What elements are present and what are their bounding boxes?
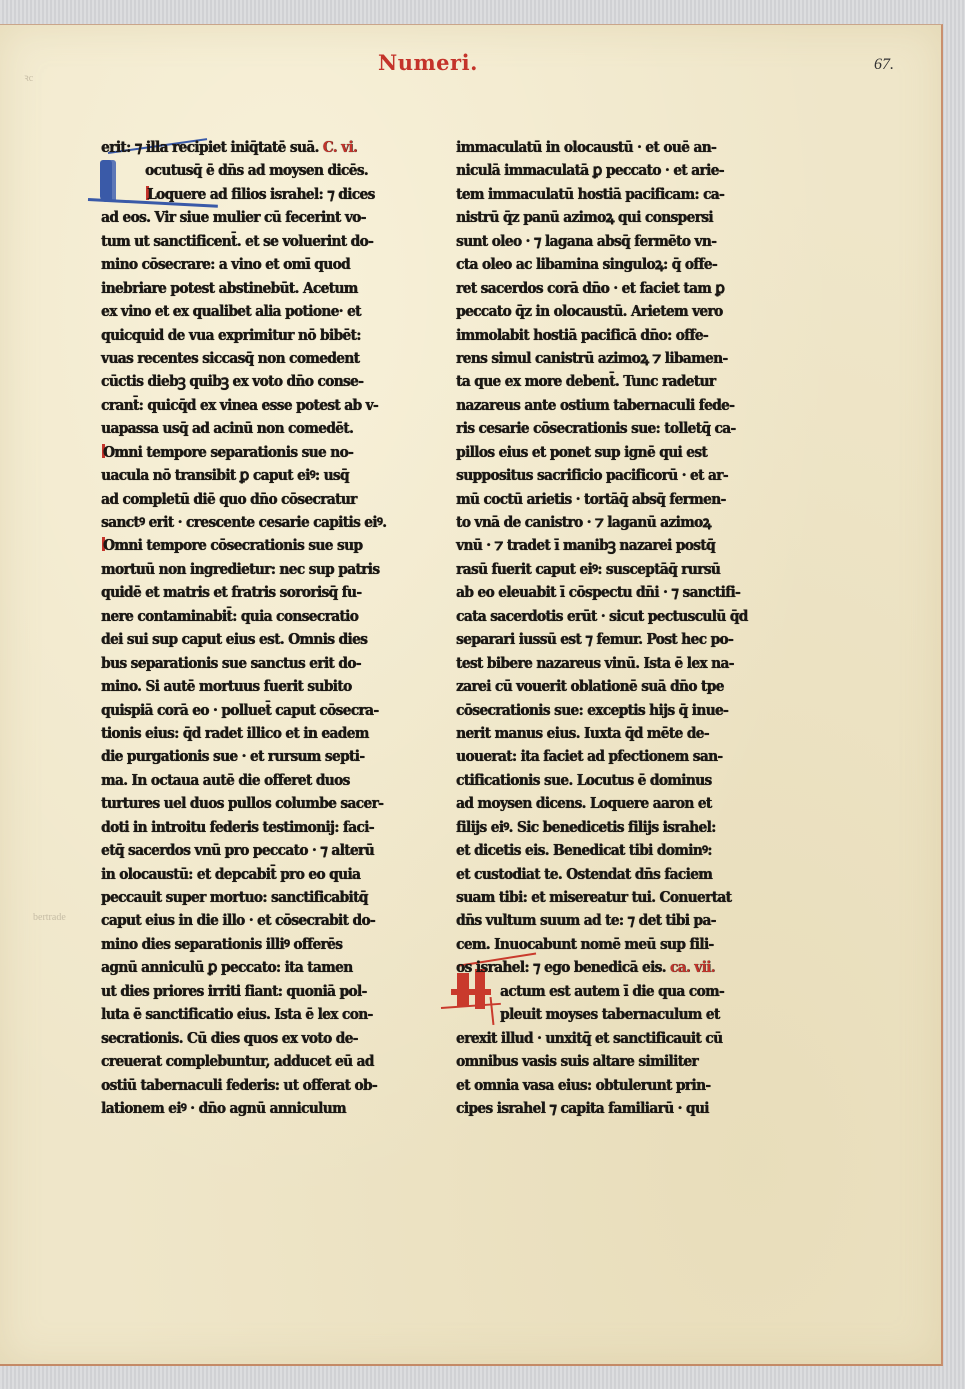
text-line: nazareus ante ostium tabernaculi fede- — [456, 394, 756, 417]
text-line: creuerat complebuntur, adducet eū ad — [101, 1050, 401, 1073]
folio-number: 67. — [874, 56, 894, 74]
text-line: cta oleo ac libamina singuloꝝ: q̄ offe- — [456, 253, 756, 276]
text-line: rens simul canistrū azimoꝝ ⁊ libamen- — [456, 347, 756, 370]
text-line: die purgationis sue · et rursum septi- — [101, 745, 401, 768]
line-text: Omni tempore separationis sue no- — [103, 443, 353, 461]
text-line: peccato q̄z in olocaustū. Arietem vero — [456, 300, 756, 323]
text-line: luta ē sanctificatio eius. Ista ē lex co… — [101, 1003, 401, 1026]
text-line: ad eos. Vir siue mulier cū fecerint vo- — [101, 206, 401, 229]
text-line: suam tibi: et misereatur tui. Conuertat — [456, 886, 756, 909]
text-line: immaculatū in olocaustū · et ouē an- — [456, 136, 756, 159]
text-line: omnibus vasis suis altare similiter — [456, 1050, 756, 1073]
text-line: nere contaminabit̄: quia consecratio — [101, 605, 401, 628]
text-line: actum est autem ī die qua com- — [456, 980, 756, 1003]
text-line: turtures uel duos pullos columbe sacer- — [101, 792, 401, 815]
running-head: Numeri. — [378, 50, 478, 75]
text-line: agnū anniculū ꝑ peccato: ita tamen — [101, 956, 401, 979]
text-line: uouerat: ita faciet ad pfectionem san- — [456, 745, 756, 768]
text-line: ret sacerdos corā dn̄o · et faciet tam ꝑ — [456, 277, 756, 300]
text-line: quicquid de vua exprimitur nō bibēt: — [101, 324, 401, 347]
line-text: Loquere ad filios israhel: ⁊ dices — [147, 185, 375, 203]
line-text: os israhel: ⁊ ego benedicā eis. — [456, 958, 666, 976]
text-line: to vnā de canistro · ⁊ laganū azimoꝝ — [456, 511, 756, 534]
text-line: et custodiat te. Ostendat dn̄s faciem — [456, 863, 756, 886]
text-line: uapassa usq̄ ad acinū non comedēt. — [101, 417, 401, 440]
text-line: test bibere nazareus vinū. Ista ē lex na… — [456, 652, 756, 675]
text-line: et omnia vasa eius: obtulerunt prin- — [456, 1074, 756, 1097]
text-line: ctificationis sue. Locutus ē dominus — [456, 769, 756, 792]
text-line: bus separationis sue sanctus erit do- — [101, 652, 401, 675]
text-line: ocutusq̄ ē dn̄s ad moysen dicēs. — [101, 159, 401, 182]
text-line: in olocaustū: et depcabit̄ pro eo quia — [101, 863, 401, 886]
text-line: cata sacerdotis erūt · sicut pectusculū … — [456, 605, 756, 628]
text-line: tum ut sanctificent̄. et se voluerint do… — [101, 230, 401, 253]
text-line: cem. Inuocabunt nomē meū sup fili- — [456, 933, 756, 956]
text-line: nistrū q̄z panū azimoꝝ qui conspersi — [456, 206, 756, 229]
text-line: cōsecrationis sue: exceptis hijs q̄ inue… — [456, 699, 756, 722]
text-line: ex vino et ex qualibet alia potione· et — [101, 300, 401, 323]
text-line: os israhel: ⁊ ego benedicā eis. ca. vii. — [456, 956, 756, 979]
text-line: niculā immaculatā ꝑ peccato · et arie- — [456, 159, 756, 182]
text-line: peccauit super mortuo: sanctificabitq̄ — [101, 886, 401, 909]
text-line: ut dies priores irriti fiant: quoniā pol… — [101, 980, 401, 1003]
text-line: ad completū diē quo dn̄o cōsecratur — [101, 488, 401, 511]
text-line: et dicetis eis. Benedicat tibi dominꝰ: — [456, 839, 756, 862]
text-line: ma. In octaua autē die offeret duos — [101, 769, 401, 792]
line-text: erit: ⁊ illa recipiet iniq̄tatē suā. — [101, 138, 319, 156]
text-line: Omni tempore cōsecrationis sue sup — [101, 534, 401, 557]
text-line: ris cesarie cōsecrationis sue: tolletq̄ … — [456, 417, 756, 440]
text-line: vnū · ⁊ tradet ī manibꝫ nazarei postq̄ — [456, 534, 756, 557]
text-column-left: erit: ⁊ illa recipiet iniq̄tatē suā. C. … — [101, 136, 401, 1120]
text-line: nerit manus eius. Iuxta q̄d mēte de- — [456, 722, 756, 745]
text-line: mino cōsecrare: a vino et omī quod — [101, 253, 401, 276]
text-line: suppositus sacrificio pacificorū · et ar… — [456, 464, 756, 487]
text-line: separari iussū est ⁊ femur. Post hec po- — [456, 628, 756, 651]
text-line: secrationis. Cū dies quos ex voto de- — [101, 1027, 401, 1050]
text-line: Loquere ad filios israhel: ⁊ dices — [101, 183, 401, 206]
text-line: zarei cū vouerit oblationē suā dn̄o tpe — [456, 675, 756, 698]
text-line: crant̄: quicq̄d ex vinea esse potest ab … — [101, 394, 401, 417]
text-line: erit: ⁊ illa recipiet iniq̄tatē suā. C. … — [101, 136, 401, 159]
text-line: rasū fuerit caput eiꝰ: susceptāq̄ rursū — [456, 558, 756, 581]
chapter-marker: ca. vii. — [670, 958, 715, 976]
text-line: mino dies separationis illiꝰ offerēs — [101, 933, 401, 956]
text-line: vuas recentes siccasq̄ non comedent — [101, 347, 401, 370]
text-line: dei sui sup caput eius est. Omnis dies — [101, 628, 401, 651]
line-text: Omni tempore cōsecrationis sue sup — [103, 536, 362, 554]
text-line: immolabit hostiā pacificā dn̄o: offe- — [456, 324, 756, 347]
text-line: mortuū non ingredietur: nec sup patris — [101, 558, 401, 581]
margin-note-top-left: ꝛc — [24, 70, 33, 84]
text-line: tem immaculatū hostiā pacificam: ca- — [456, 183, 756, 206]
chapter-marker: C. vi. — [323, 138, 357, 156]
text-line: dn̄s vultum suum ad te: ⁊ det tibi pa- — [456, 909, 756, 932]
text-line: etq̄ sacerdos vnū pro peccato · ⁊ alterū — [101, 839, 401, 862]
text-line: pillos eius et ponet sup ignē qui est — [456, 441, 756, 464]
text-line: tionis eius: q̄d radet illico et in eade… — [101, 722, 401, 745]
text-line: pleuit moyses tabernaculum et — [456, 1003, 756, 1026]
text-line: ostiū tabernaculi federis: ut offerat ob… — [101, 1074, 401, 1097]
text-line: mino. Si autē mortuus fuerit subito — [101, 675, 401, 698]
margin-note-left: bertrade — [33, 912, 66, 923]
text-line: mū coctū arietis · tortāq̄ absq̄ fermen- — [456, 488, 756, 511]
text-line: caput eius in die illo · et cōsecrabit d… — [101, 909, 401, 932]
text-line: ta que ex more debent̄. Tunc radetur — [456, 370, 756, 393]
text-line: quidē et matris et fratris sororisq̄ fu- — [101, 581, 401, 604]
text-line: cūctis diebꝫ quibꝫ ex voto dn̄o conse- — [101, 370, 401, 393]
text-line: ab eo eleuabit ī cōspectu dn̄i · ⁊ sanct… — [456, 581, 756, 604]
text-line: cipes israhel ⁊ capita familiarū · qui — [456, 1097, 756, 1120]
text-line: inebriare potest abstinebūt. Acetum — [101, 277, 401, 300]
text-line: doti in introitu federis testimonij: fac… — [101, 816, 401, 839]
text-line: sanctꝰ erit · crescente cesarie capitis … — [101, 511, 401, 534]
text-column-right: immaculatū in olocaustū · et ouē an- nic… — [456, 136, 756, 1120]
text-line: Omni tempore separationis sue no- — [101, 441, 401, 464]
text-line: filijs eiꝰ. Sic benedicetis filijs israh… — [456, 816, 756, 839]
text-line: lationem eiꝰ · dn̄o agnū anniculum — [101, 1097, 401, 1120]
text-line: uacula nō transibit ꝑ caput eiꝰ: usq̄ — [101, 464, 401, 487]
text-line: quispiā corā eo · polluet̄ caput cōsecra… — [101, 699, 401, 722]
text-line: ad moysen dicens. Loquere aaron et — [456, 792, 756, 815]
text-line: sunt oleo · ⁊ lagana absq̄ fermēto vn- — [456, 230, 756, 253]
text-line: erexit illud · unxitq̄ et sanctificauit … — [456, 1027, 756, 1050]
